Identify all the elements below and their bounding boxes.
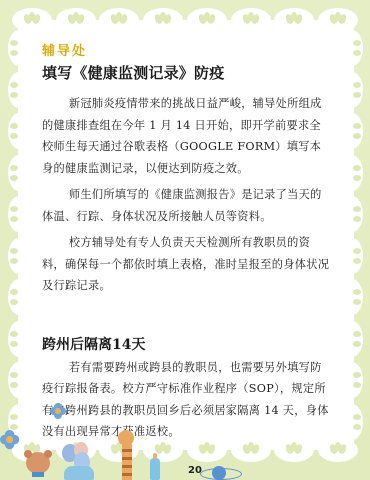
paragraph: 校方辅导处有专人负责天天检测所有教职员的资料，确保每一个都依时填上表格，准时呈报… bbox=[42, 232, 332, 297]
paragraph: 新冠肺炎疫情带来的挑战日益严峻，辅导处所组成的健康排查组在今年 1 月 14 日… bbox=[42, 93, 332, 179]
paragraph: 若有需要跨州或跨县的教职员，也需要另外填写防疫行踪报备表。校方严守标准作业程序（… bbox=[42, 357, 332, 443]
baby-bottle-icon bbox=[150, 458, 160, 480]
article: 辅导处 填写《健康监测记录》防疫 新冠肺炎疫情带来的挑战日益严峻，辅导处所组成的… bbox=[42, 44, 332, 443]
article-headline: 填写《健康监测记录》防疫 bbox=[42, 63, 332, 83]
paragraph: 师生们所填写的《健康监测报告》是记录了当天的体温、行踪、身体状况及所接触人员等资… bbox=[42, 184, 332, 227]
department-label: 辅导处 bbox=[42, 44, 332, 60]
teddy-bear-icon bbox=[24, 448, 52, 480]
page-number: 20 bbox=[188, 465, 202, 476]
flower-icon bbox=[50, 403, 66, 419]
toy-airplane-icon bbox=[200, 464, 250, 480]
section-headline: 跨州后隔离14天 bbox=[42, 336, 332, 354]
giraffe-icon bbox=[114, 426, 138, 480]
scallop-border-top bbox=[12, 8, 358, 32]
scallop-border-right bbox=[341, 30, 363, 440]
toy-car-icon bbox=[64, 466, 94, 480]
scallop-border-left bbox=[8, 30, 30, 440]
flower-icon bbox=[0, 430, 24, 454]
